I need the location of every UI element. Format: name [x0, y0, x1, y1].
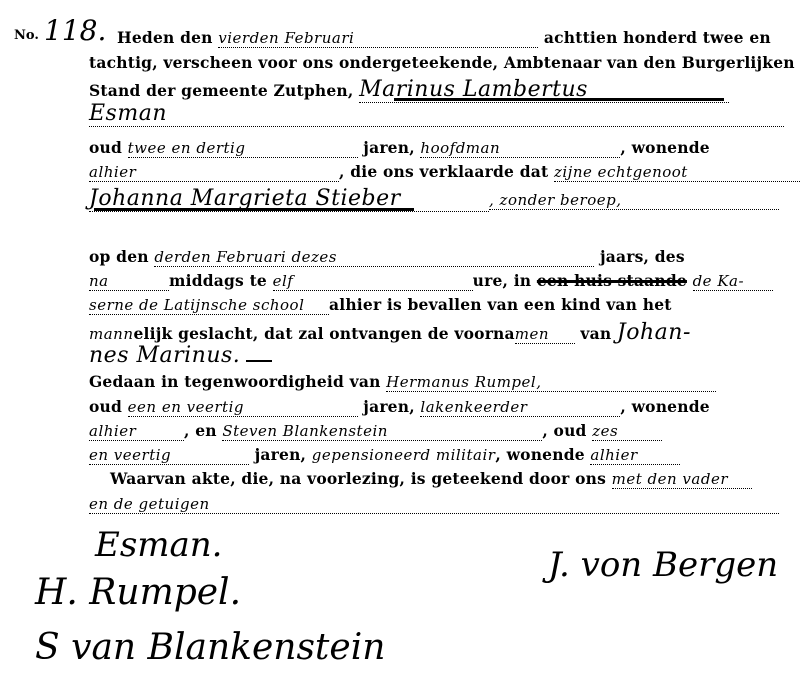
printed-text: Waarvan akte, die, na voorlezing, is get…: [110, 469, 606, 488]
printed-text: jaars, des: [600, 247, 685, 266]
handwritten-child-name: Johan-: [617, 320, 691, 345]
printed-text: van: [580, 324, 611, 343]
signature-witness2: S van Blankenstein: [35, 627, 385, 668]
handwritten-hour: elf: [273, 272, 473, 291]
handwritten-father-surname: Esman: [89, 101, 784, 127]
handwritten-gender: mann: [89, 325, 134, 343]
printed-text: jaren,: [363, 138, 415, 157]
printed-text: jaren,: [363, 397, 415, 416]
line-6: alhier, die ons verklaarde dat zijne ech…: [89, 162, 800, 182]
line-1: Heden den vierden Februari achttien hond…: [117, 28, 771, 48]
line-16: en veertig jaren, gepensioneerd militair…: [89, 445, 680, 465]
handwritten-place-cont: serne de Latijnsche school: [89, 296, 329, 315]
line-4: Esman: [89, 101, 784, 127]
line-13: Gedaan in tegenwoordigheid van Hermanus …: [89, 372, 716, 392]
handwritten-occupation: hoofdman: [420, 139, 620, 158]
handwritten-witness2-occupation: gepensioneerd militair: [312, 446, 496, 464]
handwritten-residence: alhier: [89, 163, 339, 182]
printed-text: ure, in: [473, 271, 532, 290]
handwritten-date: vierden Februari: [218, 29, 538, 48]
line-8: op den derden Februari dezes jaars, des: [89, 247, 685, 267]
line-9: namiddags te elfure, in een huis staande…: [89, 271, 773, 291]
printed-text: op den: [89, 247, 149, 266]
line-5: oud twee en dertig jaren, hoofdman, wone…: [89, 138, 710, 158]
printed-text: Heden den: [117, 28, 213, 47]
handwritten-witness1-name: Hermanus Rumpel,: [386, 373, 716, 392]
handwritten-child-name-cont: nes Marinus.: [89, 343, 240, 368]
printed-text: , wonende: [620, 397, 709, 416]
line-2: tachtig, verscheen voor ons ondergeteeke…: [89, 53, 795, 72]
printed-text: achttien honderd twee en: [544, 28, 771, 47]
handwritten-witness2-residence: alhier: [590, 446, 680, 465]
struck-text: een huis staande: [537, 271, 687, 290]
handwritten-witness1-age: een en veertig: [128, 398, 358, 417]
line-17: Waarvan akte, die, na voorlezing, is get…: [110, 469, 752, 489]
printed-text: alhier is bevallen van een kind van het: [329, 295, 672, 314]
dash-rule: [246, 360, 272, 362]
printed-text: elijk geslacht, dat zal ontvangen de voo…: [134, 324, 515, 343]
handwritten-witness1-residence: alhier: [89, 422, 184, 441]
printed-text: , wonende: [620, 138, 709, 157]
printed-text: tachtig, verscheen voor ons ondergeteeke…: [89, 53, 795, 72]
line-12: nes Marinus.: [89, 343, 272, 368]
handwritten-witness1-occupation: lakenkeerder: [420, 398, 620, 417]
printed-text: Stand der gemeente: [89, 81, 268, 100]
printed-text: middags te: [169, 271, 267, 290]
handwritten-name-suffix: men: [515, 325, 575, 344]
line-18: en de getuigen: [89, 494, 779, 514]
printed-text: oud: [89, 397, 122, 416]
underline: [94, 208, 414, 211]
handwritten-witness2-age: zes: [592, 422, 662, 441]
line-15: alhier, en Steven Blankenstein, oud zes: [89, 421, 662, 441]
municipality: Zutphen: [274, 81, 348, 100]
printed-text: oud: [89, 138, 122, 157]
line-11: mannelijk geslacht, dat zal ontvangen de…: [89, 320, 691, 345]
printed-text: , en: [184, 421, 217, 440]
handwritten-birth-date: derden Februari dezes: [154, 248, 594, 267]
handwritten-relation: zijne echtgenoot: [554, 163, 800, 182]
record-number: 118.: [44, 14, 106, 47]
handwritten-mother-occupation: , zonder beroep,: [489, 191, 779, 210]
handwritten-witness2-age-cont: en veertig: [89, 446, 249, 465]
printed-text: Gedaan in tegenwoordigheid van: [89, 372, 381, 391]
signature-father: Esman.: [95, 525, 222, 565]
printed-text: , wonende: [495, 445, 584, 464]
signature-official: J. von Bergen: [548, 545, 778, 585]
handwritten-signers: met den vader: [612, 470, 752, 489]
line-14: oud een en veertig jaren, lakenkeerder, …: [89, 397, 710, 417]
handwritten-place: de Ka-: [693, 272, 773, 291]
printed-text: , oud: [542, 421, 586, 440]
handwritten-witness2-name: Steven Blankenstein: [222, 422, 542, 441]
printed-text: ,: [348, 81, 354, 100]
handwritten-age: twee en dertig: [128, 139, 358, 158]
printed-text: jaren,: [255, 445, 307, 464]
record-number-label: No.: [14, 28, 39, 43]
signature-witness1: H. Rumpel.: [35, 572, 241, 613]
handwritten-signers-cont: en de getuigen: [89, 495, 779, 514]
printed-text: , die ons verklaarde dat: [339, 162, 548, 181]
line-10: serne de Latijnsche schoolalhier is beva…: [89, 295, 672, 315]
handwritten-time-prefix: na: [89, 272, 169, 291]
